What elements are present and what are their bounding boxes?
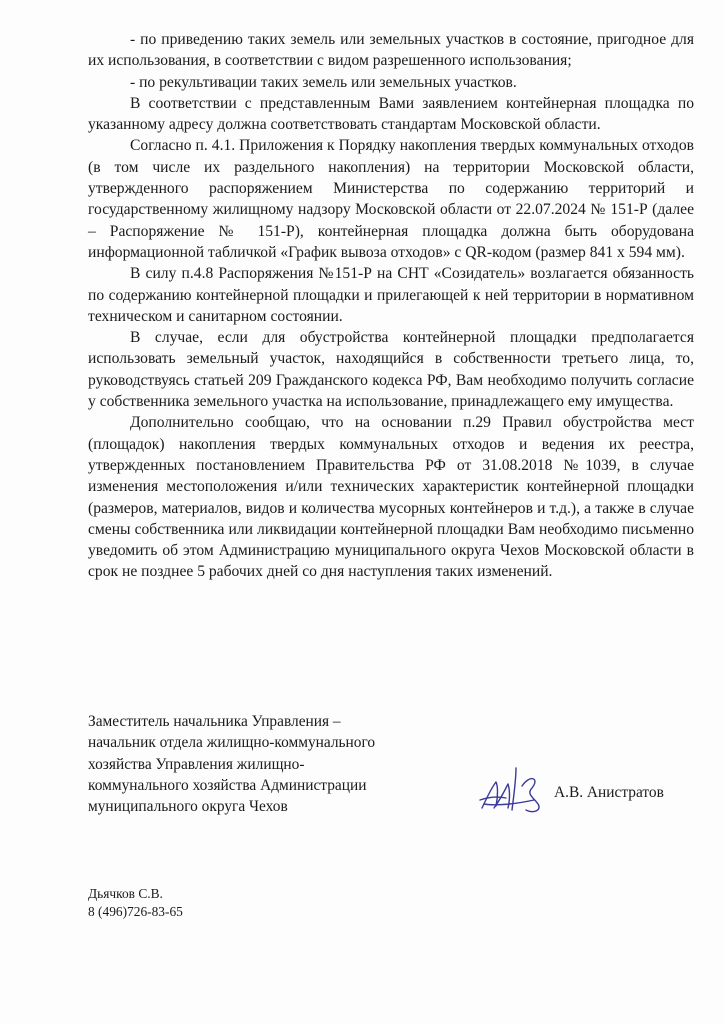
letter-body: - по приведению таких земель или земельн… <box>88 29 694 583</box>
paragraph-third-party-land: В случае, если для обустройства контейне… <box>88 327 694 412</box>
document-page: - по приведению таких земель или земельн… <box>0 0 724 1024</box>
signatory-name: А.В. Анистратов <box>554 784 664 802</box>
paragraph-standards: В соответствии с представленным Вами зая… <box>88 93 694 136</box>
position-line: хозяйства Управления жилищно- <box>88 754 428 775</box>
executor-phone: 8 (496)726-83-65 <box>88 903 183 921</box>
position-line: Заместитель начальника Управления – <box>88 711 428 732</box>
paragraph-order-4-1: Согласно п. 4.1. Приложения к Порядку на… <box>88 135 694 263</box>
executor-name: Дьячков С.В. <box>88 885 183 903</box>
position-line: муниципального округа Чехов <box>88 796 428 817</box>
executor-contact: Дьячков С.В. 8 (496)726-83-65 <box>88 885 183 920</box>
position-line: начальник отдела жилищно-коммунального <box>88 732 428 753</box>
signatory-position: Заместитель начальника Управления – нача… <box>88 711 428 817</box>
handwritten-signature-icon <box>476 764 556 816</box>
paragraph-order-4-8: В силу п.4.8 Распоряжения №151-Р на СНТ … <box>88 263 694 327</box>
paragraph-notification: Дополнительно сообщаю, что на основании … <box>88 412 694 582</box>
paragraph-bullet-1: - по приведению таких земель или земельн… <box>88 29 694 72</box>
paragraph-bullet-2: - по рекультивации таких земель или земе… <box>88 72 694 93</box>
position-line: коммунального хозяйства Администрации <box>88 775 428 796</box>
